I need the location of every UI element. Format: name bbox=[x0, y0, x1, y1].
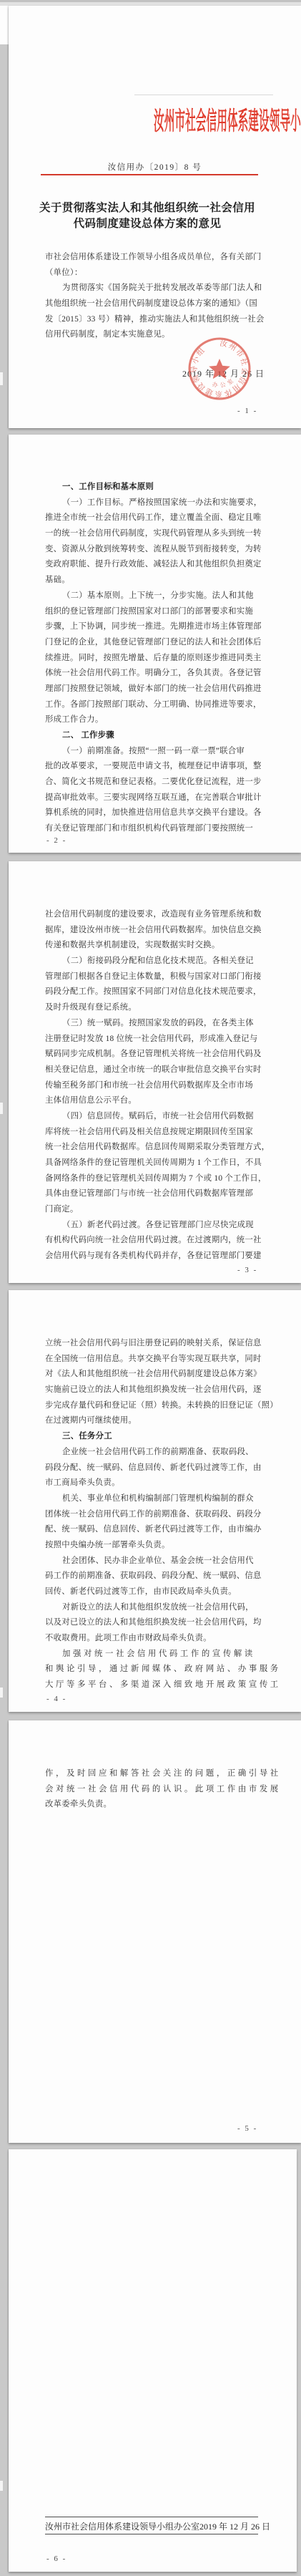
body-line: 改革委牵头负责。 bbox=[45, 1797, 258, 1813]
body-line: （二）衔接码段分配和信息化技术规范。各相关登记 bbox=[45, 954, 258, 969]
body-line: 变政府职能、提升行政效能、减轻法人和其他组织负担奠定 bbox=[45, 557, 258, 573]
body-line: 会信用代码与现有各类机构代码并存，各登记管理部门要建 bbox=[45, 1249, 258, 1264]
body-line: 步完成存量代码和登记证（照）转换。未转换的旧登记证（照） bbox=[45, 1398, 258, 1414]
body-line: 码工作的前期准备、获取码段、码段分配、统一赋码、信息 bbox=[45, 1569, 258, 1584]
body-line: 其他组织统一社会信用代码制度建设总体方案的通知》（国 bbox=[45, 296, 258, 312]
footer-rule-bottom bbox=[45, 2534, 258, 2534]
footer-rule-top bbox=[45, 2517, 258, 2517]
body-line: 对《法人和其他组织统一社会信用代码制度建设总体方案》 bbox=[45, 1367, 258, 1383]
body-line: 库将统一社会信用代码及相关信息按规定期限回传至国家 bbox=[45, 1125, 258, 1141]
body-line: 社会团体、民办非企业单位、基金会统一社会信用代 bbox=[45, 1554, 258, 1569]
page-number: - 2 - bbox=[46, 836, 66, 845]
body-line: 及时升级现有登记系统。 bbox=[45, 1000, 258, 1016]
scan-page-corner bbox=[0, 6, 9, 44]
body-line: 市工商局牵头负责。 bbox=[45, 1476, 258, 1491]
page-body-text: 社会信用代码制度的建设要求，改造现有业务管理系统和数据库，建设汝州市统一社会信用… bbox=[45, 907, 258, 1264]
body-line: 算机系统的同时，加快推进信用信息共享交换平台建设。各 bbox=[45, 805, 258, 821]
body-line: 推进全市统一社会信用代码工作，建立覆盖全面、稳定且唯 bbox=[45, 510, 258, 526]
body-line: 管理部门根据各自登记主体数量，积极与国家对口部门衔接 bbox=[45, 969, 258, 985]
document-page-5: 作，及时回应和解答社会关注的问题，正确引导社会对统一社会信用代码的认识。此项工作… bbox=[9, 1720, 301, 2143]
doc-number: 汝信用办〔2019〕8 号 bbox=[9, 161, 301, 173]
footer-signature-row: 汝州市社会信用体系建设领导小组办公室2019 年 12 月 26 日 bbox=[45, 2520, 258, 2532]
body-line: 有机构代码向统一社会信用代码过渡。在过渡期内，统一社 bbox=[45, 1233, 258, 1249]
body-line: 加强对统一社会信用代码工作的宣传解读 bbox=[45, 1647, 258, 1662]
body-line: 具体由登记管理部门与市统一社会信用代码数据库管理部 bbox=[45, 1186, 258, 1202]
body-line: 机关、事业单位和机构编制部门管理机构编制的群众 bbox=[45, 1491, 258, 1507]
official-seal-graphic: 汝州市社会信用体系建设领导小组办公室 bbox=[187, 336, 252, 402]
body-line: 二、 工作步骤 bbox=[45, 728, 258, 744]
doc-title-line2: 代码制度建设总体方案的意见 bbox=[36, 216, 258, 232]
body-line: 配、统一赋码、信息回传、新老代码过渡等工作，由市编办 bbox=[45, 1522, 258, 1538]
page-number: - 4 - bbox=[46, 1695, 66, 1703]
page-body-text: 作，及时回应和解答社会关注的问题，正确引导社会对统一社会信用代码的认识。此项工作… bbox=[45, 1766, 258, 1813]
document-page-1: 汝州市社会信用体系建设领导小组办公室文件汝信用办〔2019〕8 号关于贯彻落实法… bbox=[9, 6, 301, 428]
red-masthead-text: 汝州市社会信用体系建设领导小组办公室文件 bbox=[154, 107, 301, 136]
body-line: 在全国统一信用信息。共享交换平台等实现互联共享，同时 bbox=[45, 1352, 258, 1367]
body-line: （四）信息回传。赋码后，市统一社会信用代码数据 bbox=[45, 1109, 258, 1125]
document-page-2: 一、工作目标和基本原则（一）工作目标。严格按照国家统一办法和实施要求，推进全市统… bbox=[9, 435, 301, 853]
body-line: 回传、新老代码过渡等工作，由市民政局牵头负责。 bbox=[45, 1584, 258, 1600]
body-line: 以及对已设立的法人和其他组织换发统一社会信用代码，均 bbox=[45, 1615, 258, 1631]
page-number: - 6 - bbox=[46, 2555, 66, 2563]
body-line: 赋码同步完成机制。各登记管理机关将统一社会信用代码及 bbox=[45, 1047, 258, 1062]
document-page-3: 社会信用代码制度的建设要求，改造现有业务管理系统和数据库，建设汝州市统一社会信用… bbox=[9, 861, 301, 1283]
scan-top-band bbox=[0, 0, 301, 6]
body-line: 实施前已设立的法人和其他组织换发统一社会信用代码，逐 bbox=[45, 1383, 258, 1398]
body-line: （一）前期准备。按照“一照一码一章一票”联合审 bbox=[45, 744, 258, 760]
body-line: 社会信用代码制度的建设要求，改造现有业务管理系统和数 bbox=[45, 907, 258, 923]
body-line: 门商定。 bbox=[45, 1202, 258, 1218]
body-line: 体统一社会信用代码工作。明确分工，各负其责。各登记管 bbox=[45, 666, 258, 682]
body-line: 主体信用信息公示平台。 bbox=[45, 1093, 258, 1109]
body-line: 理部门按照登记领域，做好本部门的统一社会信用代码推进 bbox=[45, 682, 258, 697]
faint-scan-line bbox=[134, 95, 273, 95]
body-line: 提高审批效率。三要实现网络互联互通，在完善联合审批计 bbox=[45, 790, 258, 806]
body-line: 工作。各部门按照部门联动、分工明确、协同推进等要求， bbox=[45, 697, 258, 713]
scan-edge-artifact bbox=[0, 1688, 3, 1698]
page-body-text: 立统一社会信用代码与旧注册登记码的映射关系，保证信息在全国统一信用信息。共享交换… bbox=[45, 1336, 258, 1693]
footer-org: 汝州市社会信用体系建设领导小组办公室 bbox=[45, 2520, 199, 2532]
body-line: 作，及时回应和解答社会关注的问题，正确引导社 bbox=[45, 1766, 258, 1782]
body-line: （二）基本原则。上下统一，分步实施。法人和其他 bbox=[45, 589, 258, 604]
doc-title-line1: 关于贯彻落实法人和其他组织统一社会信用 bbox=[36, 200, 258, 216]
body-line: 企业统一社会信用代码工作的前期准备、获取码段、 bbox=[45, 1445, 258, 1461]
red-masthead: 汝州市社会信用体系建设领导小组办公室文件 bbox=[9, 107, 301, 136]
page-body-text: 一、工作目标和基本原则（一）工作目标。严格按照国家统一办法和实施要求，推进全市统… bbox=[45, 480, 258, 837]
page-number: - 1 - bbox=[237, 407, 257, 415]
body-line: 一的统一社会信用代码制度，实现代码管理从多头到统一转 bbox=[45, 526, 258, 542]
body-line: 团体统一社会信用代码工作的前期准备、获取码段、码段分 bbox=[45, 1507, 258, 1523]
body-line: 步骤，上下协调，同步统一推进。先期推进市场主体管理部 bbox=[45, 619, 258, 635]
body-line: 变、资源从分散到统筹转变、流程从脱节到衔接转变，为转 bbox=[45, 542, 258, 558]
body-line: 续推进。同时，按照先增量、后存量的原则逐步推进同类主 bbox=[45, 651, 258, 667]
body-line: 码段分配、统一赋码、信息回传、新老代码过渡等工作，由 bbox=[45, 1461, 258, 1476]
body-line: 对新设立的法人和其他组织发放统一社会信用代码， bbox=[45, 1600, 258, 1616]
body-line: （五）新老代码过渡。各登记管理部门应尽快完成现 bbox=[45, 1218, 258, 1234]
body-line: 合、简化文书规范和登记表格。二要优化登记流程，进一步 bbox=[45, 775, 258, 790]
body-line: 统一社会信用代码数据库。信息回传周期采取分类管理方式， bbox=[45, 1140, 258, 1156]
document-page-6: 汝州市社会信用体系建设领导小组办公室2019 年 12 月 26 日- 6 - bbox=[9, 2149, 297, 2572]
body-line: 和舆论引导，通过新闻媒体、政府网站、办事服务 bbox=[45, 1662, 258, 1677]
body-line: 批的改革要求，一要规范申请文书，梳理登记申请事项，整 bbox=[45, 759, 258, 775]
red-separator-rule bbox=[41, 174, 258, 175]
page-number: - 3 - bbox=[237, 1266, 257, 1274]
body-line: 形成工作合力。 bbox=[45, 712, 258, 728]
body-line: 具备网络条件的登记管理机关回传周期为 1 个工作日，不具 bbox=[45, 1156, 258, 1171]
body-line: 一、工作目标和基本原则 bbox=[45, 480, 258, 495]
scan-edge-artifact bbox=[0, 2481, 3, 2491]
body-line: 在过渡期内可继续使用。 bbox=[45, 1413, 258, 1429]
body-line: 发〔2015〕33 号）精神，推动实施法人和其他组织统一社会 bbox=[45, 312, 258, 328]
body-line: 注册登记时发放 18 位统一社会信用代码，形成准入登记与 bbox=[45, 1032, 258, 1047]
body-line: 门登记的企业，其他登记管理部门登记的法人和社会团体后 bbox=[45, 635, 258, 651]
scan-edge-artifact bbox=[0, 372, 3, 385]
page-body-text: 市社会信用体系建设工作领导小组各成员单位，各有关部门（单位）：为贯彻落实《国务院… bbox=[45, 250, 258, 343]
body-line: 不收取费用。此项工作由市财政局牵头负责。 bbox=[45, 1631, 258, 1647]
body-line: 有关登记管理部门和市组织机构代码管理部门要按照统一 bbox=[45, 821, 258, 837]
body-line: （一）工作目标。严格按照国家统一办法和实施要求， bbox=[45, 495, 258, 511]
body-line: 为贯彻落实《国务院关于批转发展改革委等部门法人和 bbox=[45, 281, 258, 296]
body-line: （三）统一赋码。按照国家发放的码段，在各类主体 bbox=[45, 1016, 258, 1032]
star-icon bbox=[209, 359, 230, 379]
scanned-document-view[interactable]: { "document": { "colors": { "masthead_re… bbox=[0, 0, 301, 2576]
body-line: 组织的登记管理部门按照国家对口部门的部署要求和实施 bbox=[45, 604, 258, 620]
body-line: 传输至税务部门和市统一社会信用代码数据库及全市市场 bbox=[45, 1078, 258, 1094]
page-number: - 5 - bbox=[237, 2124, 257, 2133]
body-line: 按照中央编办统一部署牵头负责。 bbox=[45, 1538, 258, 1554]
body-line: 相关登记信息，通过全市统一的联合审批信息交换平台实时 bbox=[45, 1062, 258, 1078]
document-page-4: 立统一社会信用代码与旧注册登记码的映射关系，保证信息在全国统一信用信息。共享交换… bbox=[9, 1290, 301, 1712]
body-line: 市社会信用体系建设工作领导小组各成员单位，各有关部门 bbox=[45, 250, 258, 266]
scan-edge-artifact bbox=[0, 1103, 3, 1114]
footer-date: 2019 年 12 月 26 日 bbox=[199, 2520, 270, 2532]
body-line: 备网络条件的登记管理机关回传周期为 7 个或 10 个工作日， bbox=[45, 1171, 258, 1187]
official-seal: 汝州市社会信用体系建设领导小组办公室 bbox=[187, 336, 252, 402]
body-line: 基础。 bbox=[45, 573, 258, 589]
body-line: 据库，建设汝州市统一社会信用代码数据库。加快信息交换 bbox=[45, 923, 258, 939]
body-line: （单位）： bbox=[45, 266, 258, 281]
body-line: 码段分配工作。按照国家不同部门对信息化技术规范要求， bbox=[45, 984, 258, 1000]
body-line: 传递和数据共享机制建设，实现数据实时交换。 bbox=[45, 938, 258, 954]
body-line: 会对统一社会信用代码的认识。此项工作由市发展 bbox=[45, 1782, 258, 1798]
doc-title: 关于贯彻落实法人和其他组织统一社会信用代码制度建设总体方案的意见 bbox=[36, 200, 258, 231]
body-line: 立统一社会信用代码与旧注册登记码的映射关系，保证信息 bbox=[45, 1336, 258, 1352]
body-line: 三、任务分工 bbox=[45, 1429, 258, 1445]
body-line: 大厅等多平台、多渠道深入细致地开展政策宣传工 bbox=[45, 1677, 258, 1693]
